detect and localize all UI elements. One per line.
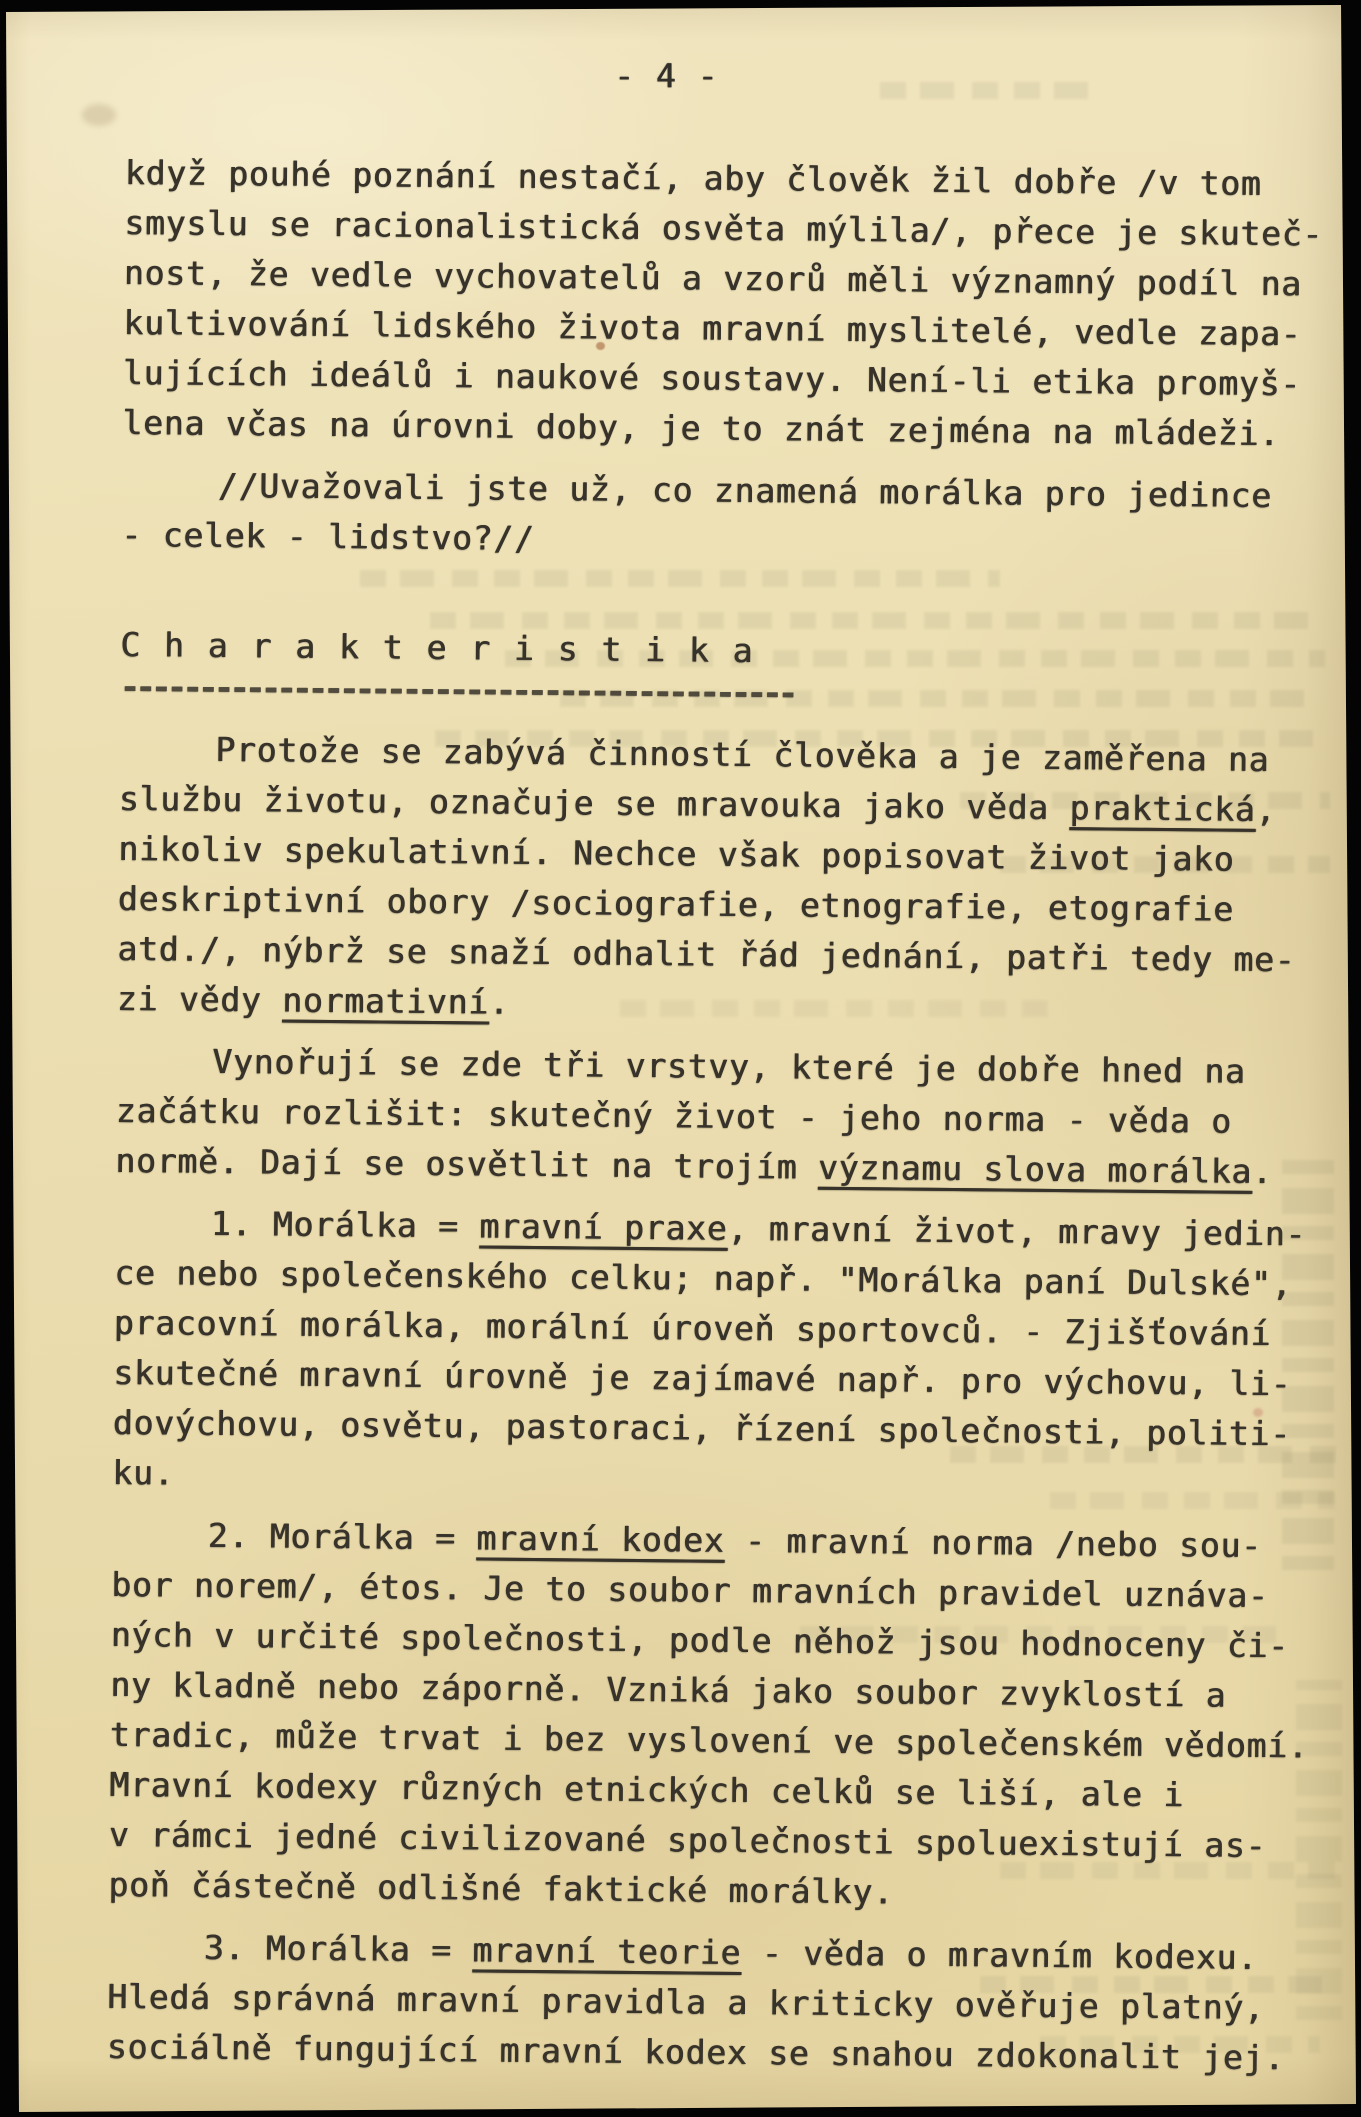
paragraph: 2. Morálka = mravní kodex - mravní norma… [108,1510,1327,1922]
text-line: normě. Dají se osvětlit na trojím význam… [115,1136,1330,1198]
typewritten-text: když pouhé poznání nestačí, aby člověk ž… [106,148,1340,2096]
page-number: - 4 - [614,56,718,95]
scanned-document: { "page": { "number_label": "- 4 -" }, "… [0,0,1361,2117]
scan-background: - 4 - když pouhé poznání nestačí, aby čl… [0,0,1361,2117]
text-line: lena včas na úrovni doby, je to znát zej… [122,398,1337,460]
paragraph: 3. Morálka = mravní teorie - věda o mrav… [107,1922,1323,2084]
paragraph: Protože se zabývá činností člověka a je … [117,724,1335,1036]
text-line: sociálně fungující mravní kodex se snaho… [107,2022,1322,2084]
section-heading: C h a r a k t e r i s t i k a-----------… [120,620,1336,714]
paragraph: když pouhé poznání nestačí, aby člověk ž… [122,148,1340,460]
paragraph: 1. Morálka = mravní praxe, mravní život,… [112,1198,1330,1510]
paragraph: //Uvažovali jste už, co znamená morálka … [121,460,1337,572]
paragraph: Vynořují se zde tři vrstvy, které je dob… [115,1036,1331,1198]
